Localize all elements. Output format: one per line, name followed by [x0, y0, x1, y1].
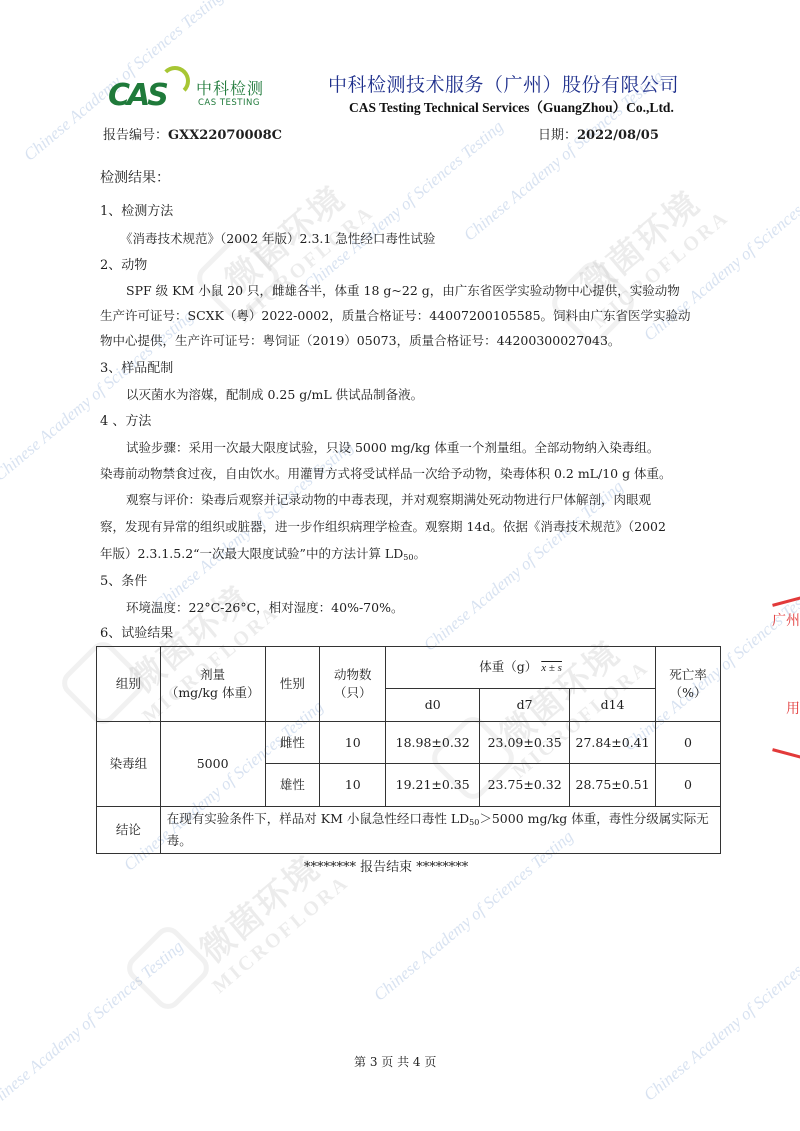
stamp-text-top: 广州	[772, 610, 800, 630]
header-count: 动物数 （只）	[320, 647, 386, 722]
mortality-cell: 0	[656, 722, 721, 764]
report-end-marker: ******** 报告结束 ********	[304, 860, 468, 876]
company-name-cn: 中科检测技术服务（广州）股份有限公司	[328, 70, 679, 97]
section-paragraph: 环境温度：22°C-26°C，相对湿度：40%-70%。	[126, 600, 403, 616]
results-title: 检测结果：	[100, 170, 170, 186]
company-logo: CAS 中科检测 CAS TESTING	[108, 66, 278, 112]
conclusion-label: 结论	[97, 807, 161, 854]
table-header-row: 组别 剂量 （mg/kg 体重） 性别 动物数 （只） 体重（g） x ± s …	[97, 647, 721, 689]
conclusion-text: 在现有实验条件下，样品对 KM 小鼠急性经口毒性 LD50＞5000 mg/kg…	[160, 807, 720, 854]
logo-ring-icon	[160, 66, 190, 96]
section-heading: 4 、方法	[100, 414, 151, 430]
dose-value: 5000	[160, 722, 265, 807]
report-number: 报告编号：GXX22070008C	[103, 124, 282, 143]
table-row: 染毒组 5000 雌性 10 18.98±0.32 23.09±0.35 27.…	[97, 722, 721, 764]
section-paragraph: 《消毒技术规范》（2002 年版）2.3.1 急性经口毒性试验	[120, 231, 435, 247]
header-d14: d14	[570, 689, 656, 722]
watermark-text: Chinese Academy of Sciences Testing	[300, 117, 507, 296]
section-paragraph: 以灭菌水为溶媒，配制成 0.25 g/mL 供试品制备液。	[126, 387, 423, 403]
section-heading: 2、动物	[100, 258, 147, 274]
section-line: 试验步骤：采用一次最大限度试验，只设 5000 mg/kg 体重一个剂量组。全部…	[126, 440, 659, 456]
section-heading: 5、条件	[100, 574, 147, 590]
header-dose: 剂量 （mg/kg 体重）	[160, 647, 265, 722]
sex-cell: 雌性	[265, 722, 320, 764]
logo-cn-text: 中科检测	[196, 76, 264, 99]
logo-en-text: CAS TESTING	[198, 98, 260, 108]
watermark-seal-icon	[121, 921, 214, 1014]
stamp-arc-icon	[772, 748, 800, 759]
page-number: 第 3 页 共 4 页	[354, 1054, 436, 1070]
header-mortality: 死亡率 （%）	[656, 647, 721, 722]
header-d7: d7	[480, 689, 570, 722]
mortality-cell: 0	[656, 764, 721, 807]
d7-cell: 23.09±0.35	[480, 722, 570, 764]
section-heading: 3、样品配制	[100, 361, 173, 377]
results-table: 组别 剂量 （mg/kg 体重） 性别 动物数 （只） 体重（g） x ± s …	[96, 646, 721, 854]
count-cell: 10	[320, 722, 386, 764]
section-line: SPF 级 KM 小鼠 20 只，雌雄各半，体重 18 g~22 g，由广东省医…	[126, 283, 680, 299]
header-sex: 性别	[265, 647, 320, 722]
d14-cell: 27.84±0.41	[570, 722, 656, 764]
watermark-text: Chinese Academy of Sciences Testing	[640, 927, 800, 1106]
d7-cell: 23.75±0.32	[480, 764, 570, 807]
conclusion-row: 结论 在现有实验条件下，样品对 KM 小鼠急性经口毒性 LD50＞5000 mg…	[97, 807, 721, 854]
section-line: 年版）2.3.1.5.2“一次最大限度试验”中的方法计算 LD50。	[100, 546, 426, 566]
section-line: 染毒前动物禁食过夜，自由饮水。用灌胃方式将受试样品一次给予动物，染毒体积 0.2…	[100, 466, 672, 482]
official-stamp: 广州 用	[760, 598, 800, 768]
header-group: 组别	[97, 647, 161, 722]
d14-cell: 28.75±0.51	[570, 764, 656, 807]
count-cell: 10	[320, 764, 386, 807]
cas-logo-icon: CAS	[108, 78, 166, 113]
d0-cell: 18.98±0.32	[386, 722, 480, 764]
report-date: 日期：2022/08/05	[538, 124, 659, 143]
section-line: 生产许可证号：SCXK（粤）2022-0002，质量合格证号：440072001…	[100, 308, 691, 324]
section-line: 物中心提供，生产许可证号：粤饲证（2019）05073，质量合格证号：44200…	[100, 333, 620, 349]
section-line: 观察与评价：染毒后观察并记录动物的中毒表现，并对观察期满处死动物进行尸体解剖，肉…	[126, 492, 651, 508]
group-name: 染毒组	[97, 722, 161, 807]
company-name-en: CAS Testing Technical Services（GuangZhou…	[349, 96, 674, 116]
stamp-text-bottom: 用	[786, 698, 800, 718]
section-heading: 1、检测方法	[100, 204, 173, 220]
stamp-arc-icon	[772, 596, 800, 607]
section-heading: 6、试验结果	[100, 626, 173, 642]
d0-cell: 19.21±0.35	[386, 764, 480, 807]
sex-cell: 雄性	[265, 764, 320, 807]
section-line: 察，发现有异常的组织或脏器，进一步作组织病理学检查。观察期 14d。依据《消毒技…	[100, 519, 666, 535]
header-d0: d0	[386, 689, 480, 722]
header-weight: 体重（g） x ± s	[386, 647, 656, 689]
